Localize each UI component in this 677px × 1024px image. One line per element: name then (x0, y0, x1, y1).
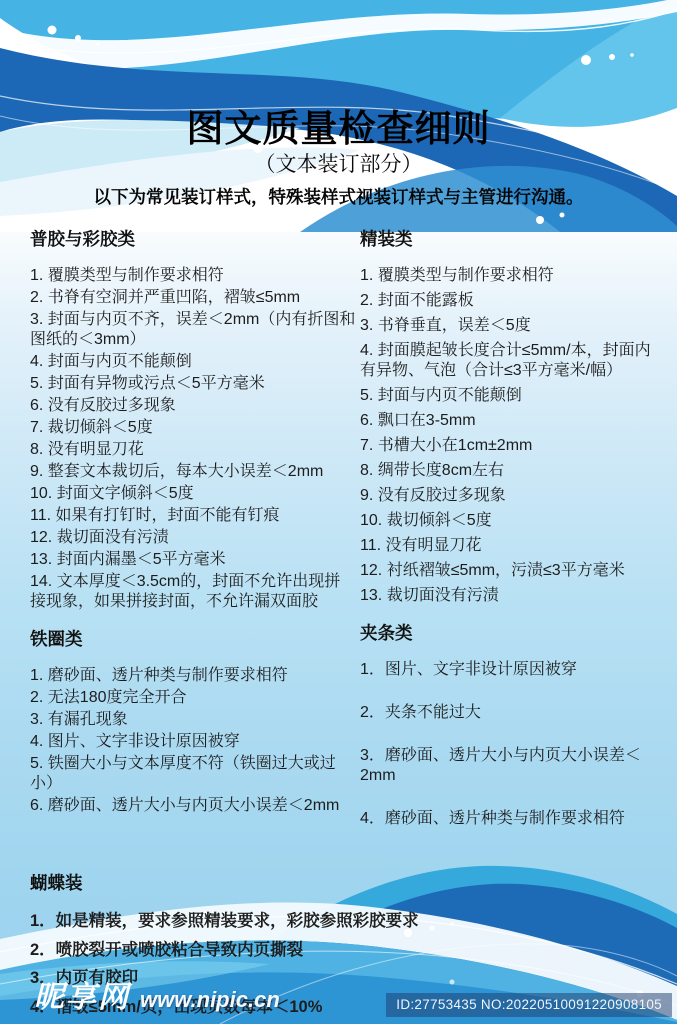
rule-item: 6. 没有反胶过多现象 (30, 396, 356, 416)
section-title: 普胶与彩胶类 (30, 226, 356, 251)
rule-item: 13. 裁切面没有污渍 (360, 586, 662, 606)
rule-list: 1. 覆膜类型与制作要求相符2. 封面不能露板3. 书脊垂直，误差＜5度4. 封… (360, 266, 662, 606)
rule-item: 1．图片、文字非设计原因被穿 (360, 660, 662, 680)
rule-item: 2. 无法180度完全开合 (30, 688, 356, 708)
rule-item: 11. 没有明显刀花 (360, 536, 662, 556)
site-watermark: 昵享网 www.nipic.cn (34, 972, 280, 1016)
page-title: 图文质量检查细则 (0, 98, 677, 152)
rule-item: 9. 整套文本裁切后，每本大小误差＜2mm (30, 462, 356, 482)
rule-item: 7. 裁切倾斜＜5度 (30, 418, 356, 438)
rule-item: 1. 覆膜类型与制作要求相符 (30, 266, 356, 286)
rule-item: 2．夹条不能过大 (360, 703, 662, 723)
left-column: 普胶与彩胶类 1. 覆膜类型与制作要求相符2. 书脊有空洞并严重凹陷，褶皱≤5m… (30, 226, 356, 818)
rule-item: 3. 封面与内页不齐，误差＜2mm（内有折图和图纸的＜3mm） (30, 310, 356, 350)
rule-item: 8. 绸带长度8cm左右 (360, 461, 662, 481)
rule-item: 4. 封面与内页不能颠倒 (30, 352, 356, 372)
rule-item: 1. 覆膜类型与制作要求相符 (360, 266, 662, 286)
site-url-text: www.nipic.cn (140, 987, 280, 1013)
rule-item: 10. 裁切倾斜＜5度 (360, 511, 662, 531)
rule-item: 13. 封面内漏墨＜5平方毫米 (30, 550, 356, 570)
rule-item: 12. 衬纸褶皱≤5mm，污渍≤3平方毫米 (360, 561, 662, 581)
intro-text: 以下为常见装订样式，特殊装样式视装订样式与主管进行沟通。 (0, 184, 677, 209)
section-wire-ring: 铁圈类 1. 磨砂面、透片种类与制作要求相符2. 无法180度完全开合3. 有漏… (30, 626, 356, 816)
site-logo-text: 昵享网 (34, 972, 130, 1016)
section-title: 精装类 (360, 226, 662, 251)
rule-list: 1. 磨砂面、透片种类与制作要求相符2. 无法180度完全开合3. 有漏孔现象4… (30, 666, 356, 816)
rule-item: 5. 封面与内页不能颠倒 (360, 386, 662, 406)
rule-item: 14. 文本厚度＜3.5cm的，封面不允许出现拼接现象，如果拼接封面，不允许漏双… (30, 572, 356, 612)
rule-item: 2. 书脊有空洞并严重凹陷，褶皱≤5mm (30, 288, 356, 308)
section-ordinary-binding: 普胶与彩胶类 1. 覆膜类型与制作要求相符2. 书脊有空洞并严重凹陷，褶皱≤5m… (30, 226, 356, 612)
stock-id-badge: ID:27753435 NO:20220510091220908105 (386, 993, 672, 1017)
rule-item: 5. 封面有异物或污点＜5平方毫米 (30, 374, 356, 394)
section-clip-strip: 夹条类 1．图片、文字非设计原因被穿2．夹条不能过大3．磨砂面、透片大小与内页大… (360, 620, 662, 829)
rule-list: 1. 覆膜类型与制作要求相符2. 书脊有空洞并严重凹陷，褶皱≤5mm3. 封面与… (30, 266, 356, 612)
rule-item: 10. 封面文字倾斜＜5度 (30, 484, 356, 504)
rule-list: 1．图片、文字非设计原因被穿2．夹条不能过大3．磨砂面、透片大小与内页大小误差＜… (360, 660, 662, 829)
section-title: 夹条类 (360, 620, 662, 645)
rule-item: 3. 书脊垂直，误差＜5度 (360, 316, 662, 336)
section-hardcover: 精装类 1. 覆膜类型与制作要求相符2. 封面不能露板3. 书脊垂直，误差＜5度… (360, 226, 662, 606)
rule-item: 3．磨砂面、透片大小与内页大小误差＜2mm (360, 746, 662, 786)
rule-item: 6. 飘口在3-5mm (360, 411, 662, 431)
page-subtitle: （文本装订部分） (0, 148, 677, 178)
rule-item: 4. 图片、文字非设计原因被穿 (30, 732, 356, 752)
content-area: 普胶与彩胶类 1. 覆膜类型与制作要求相符2. 书脊有空洞并严重凹陷，褶皱≤5m… (30, 226, 662, 1024)
rule-item: 3. 有漏孔现象 (30, 710, 356, 730)
rule-item: 6. 磨砂面、透片大小与内页大小误差＜2mm (30, 796, 356, 816)
two-column-layout: 普胶与彩胶类 1. 覆膜类型与制作要求相符2. 书脊有空洞并严重凹陷，褶皱≤5m… (30, 226, 662, 852)
rule-item: 2. 封面不能露板 (360, 291, 662, 311)
rule-item: 11. 如果有打钉时，封面不能有钉痕 (30, 506, 356, 526)
section-title: 蝴蝶装 (30, 870, 662, 895)
rule-item: 2．喷胶裂开或喷胶粘合导致内页撕裂 (30, 940, 662, 961)
rule-item: 1. 磨砂面、透片种类与制作要求相符 (30, 666, 356, 686)
rule-item: 9. 没有反胶过多现象 (360, 486, 662, 506)
rule-item: 7. 书槽大小在1cm±2mm (360, 436, 662, 456)
rule-item: 1．如是精装，要求参照精装要求，彩胶参照彩胶要求 (30, 911, 662, 932)
rule-item: 8. 没有明显刀花 (30, 440, 356, 460)
rule-item: 4．磨砂面、透片种类与制作要求相符 (360, 809, 662, 829)
rule-item: 4. 封面膜起皱长度合计≤5mm/本，封面内有异物、气泡（合计≤3平方毫米/幅） (360, 341, 662, 381)
rule-item: 5. 铁圈大小与文本厚度不符（铁圈过大或过小） (30, 754, 356, 794)
right-column: 精装类 1. 覆膜类型与制作要求相符2. 封面不能露板3. 书脊垂直，误差＜5度… (356, 226, 662, 852)
section-title: 铁圈类 (30, 626, 356, 651)
rule-item: 12. 裁切面没有污渍 (30, 528, 356, 548)
